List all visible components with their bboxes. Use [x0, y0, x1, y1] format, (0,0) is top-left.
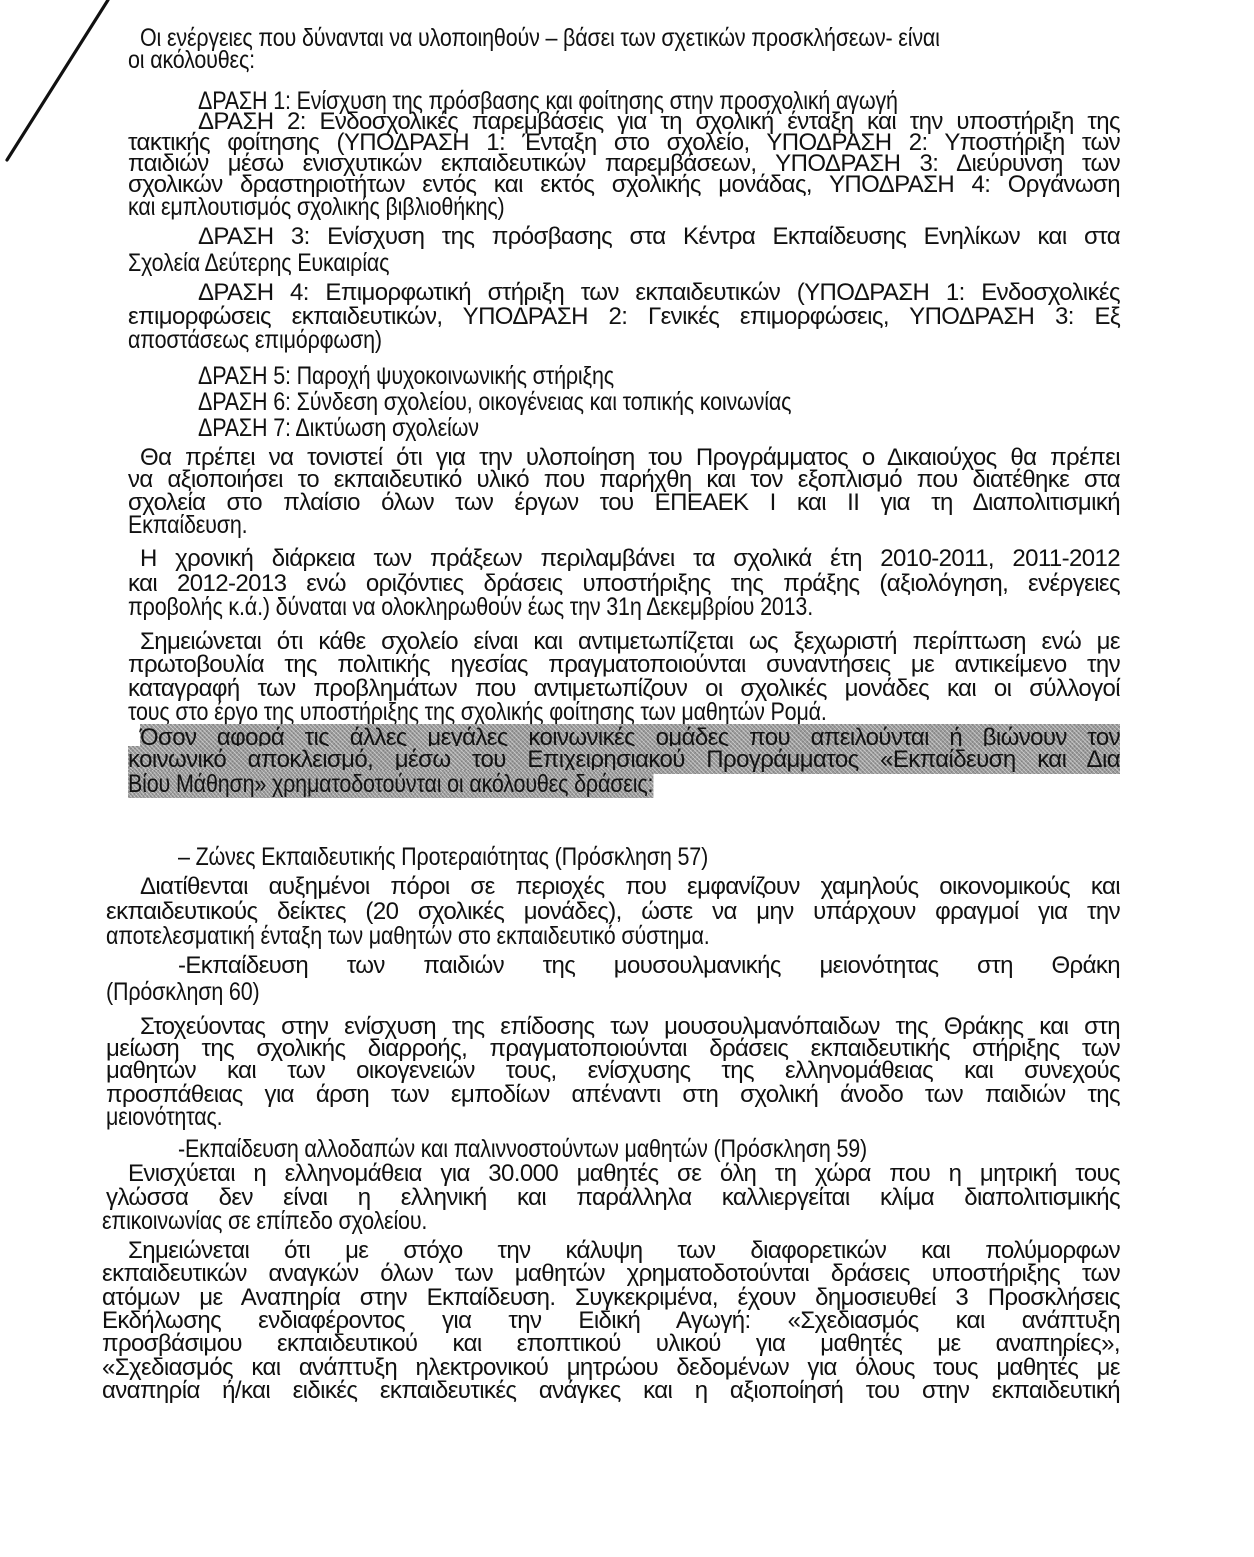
- text-line: οι ακόλουθες:: [128, 46, 255, 74]
- text-line: – Ζώνες Εκπαιδευτικής Προτεραιότητας (Πρ…: [178, 843, 708, 871]
- highlighted-text-line: Βίου Μάθηση» χρηματοδοτούνται οι ακόλουθ…: [128, 770, 653, 798]
- text-line: και εμπλουτισμός σχολικής βιβλιοθήκης): [128, 193, 505, 221]
- text-line: αποτελεσματική ένταξη των μαθητών στο εκ…: [106, 922, 710, 950]
- text-line: αποστάσεως επιμόρφωση): [128, 326, 382, 354]
- text-line: ΔΡΑΣΗ 3: Ενίσχυση της πρόσβασης στα Κέντ…: [198, 223, 1120, 251]
- text-line: αναπηρία ή/και ειδικές εκπαιδευτικές ανά…: [102, 1377, 1120, 1405]
- text-line: σχολεία στο πλαίσιο όλων των έργων του Ε…: [128, 489, 1120, 517]
- text-line: Σχολεία Δεύτερης Ευκαιρίας: [128, 249, 389, 277]
- text-line: -Εκπαίδευση των παιδιών της μουσουλμανικ…: [178, 952, 1120, 980]
- text-line: ΔΡΑΣΗ 6: Σύνδεση σχολείου, οικογένειας κ…: [198, 388, 791, 416]
- pen-stroke-mark: [0, 0, 120, 170]
- text-line: -Εκπαίδευση αλλοδαπών και παλιννοστούντω…: [178, 1135, 867, 1163]
- text-line: (Πρόσκληση 60): [106, 978, 259, 1006]
- text-line: μειονότητας.: [106, 1103, 222, 1131]
- text-line: Οι ενέργειες που δύνανται να υλοποιηθούν…: [140, 24, 940, 52]
- scanned-document-page: Οι ενέργειες που δύνανται να υλοποιηθούν…: [0, 0, 1254, 1557]
- text-line: προβολής κ.ά.) δύναται να ολοκληρωθούν έ…: [128, 593, 813, 621]
- text-line: επικοινωνίας σε επίπεδο σχολείου.: [102, 1207, 427, 1235]
- text-line: ΔΡΑΣΗ 7: Δικτύωση σχολείων: [198, 414, 479, 442]
- text-line: Εκπαίδευση.: [128, 511, 247, 539]
- text-line: Διατίθενται αυξημένοι πόροι σε περιοχές …: [140, 873, 1120, 901]
- text-line: ΔΡΑΣΗ 5: Παροχή ψυχοκοινωνικής στήριξης: [198, 362, 614, 390]
- text-line: προσπάθειας για άρση των εμποδίων απέναν…: [106, 1081, 1120, 1109]
- text-line: Η χρονική διάρκεια των πράξεων περιλαμβά…: [140, 545, 1120, 573]
- text-line: τους στο έργο της υποστήριξης της σχολικ…: [128, 698, 827, 726]
